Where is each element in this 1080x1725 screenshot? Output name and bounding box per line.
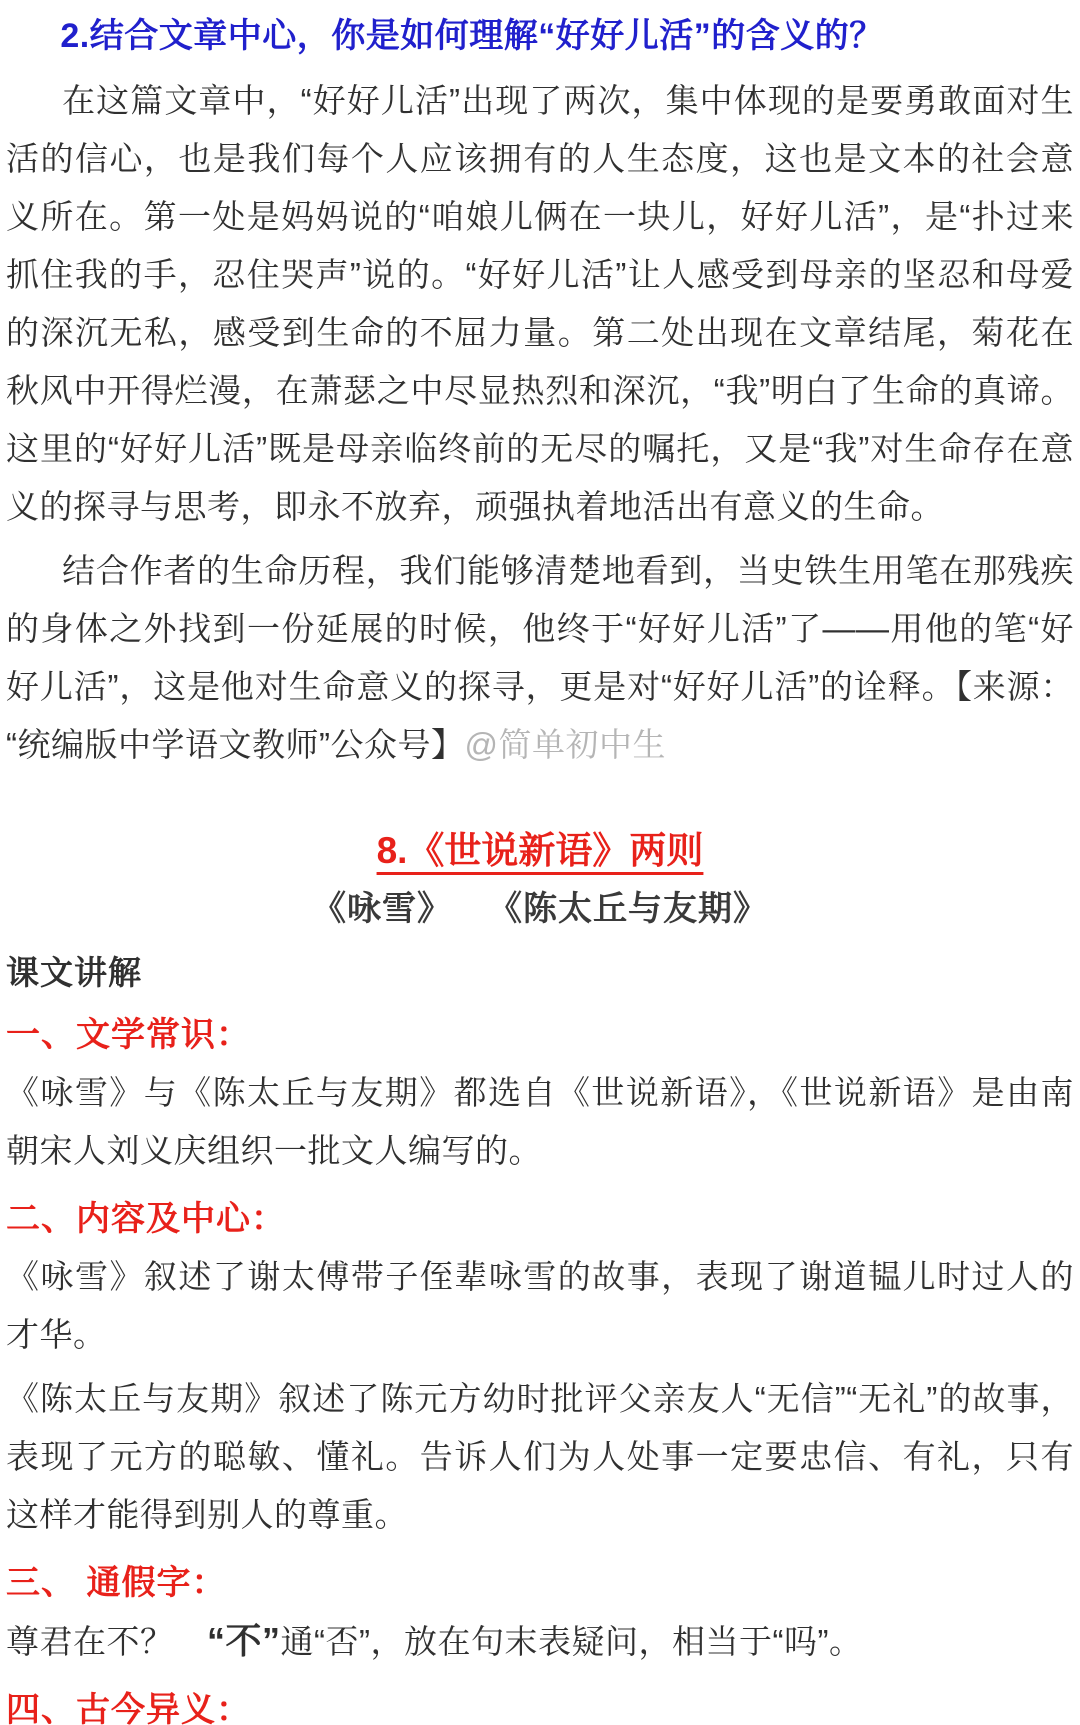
answer-paragraph-1: 在这篇文章中，“好好儿活”出现了两次，集中体现的是要勇敢面对生活的信心，也是我们… [6,72,1074,536]
tongjiazi-explanation: 尊君在不？ “不”通“否”，放在句末表疑问，相当于“吗”。 [6,1612,1074,1671]
literary-knowledge-paragraph: 《咏雪》与《陈太丘与友期》都选自《世说新语》，《世说新语》是由南朝宋人刘义庆组织… [6,1064,1074,1180]
chentaiqiu-summary-paragraph: 《陈太丘与友期》叙述了陈元方幼时批评父亲友人“无信”“无礼”的故事，表现了元方的… [6,1370,1074,1544]
tongjiazi-explanation-run-0: 尊君在不？ [6,1623,207,1660]
tongjiazi-explanation-run-2: 通“否”，放在句末表疑问，相当于“吗”。 [281,1623,863,1660]
lesson-explanation-label: 课文讲解 [6,950,1074,996]
lesson-8-subtitle: 《咏雪》 《陈太丘与友期》 [6,886,1074,932]
answer-paragraph-2-run-1: @简单初中生 [464,726,666,763]
question-2-heading: 2.结合文章中心，你是如何理解“好好儿活”的含义的？ [6,12,1074,60]
section-4-gujin-yiyi-heading: 四、古今异义： [6,1687,1074,1725]
tongjiazi-explanation-run-1: “不” [207,1620,281,1661]
section-2-content-center-heading: 二、内容及中心： [6,1196,1074,1242]
lesson-8-heading: 8.《世说新语》两则 [6,828,1074,874]
document-page: 2.结合文章中心，你是如何理解“好好儿活”的含义的？在这篇文章中，“好好儿活”出… [0,0,1080,1725]
answer-paragraph-2: 结合作者的生命历程，我们能够清楚地看到，当史铁生用笔在那残疾的身体之外找到一份延… [6,542,1074,774]
section-3-tongjiazi-heading: 三、 通假字： [6,1560,1074,1606]
yongxue-summary-paragraph: 《咏雪》叙述了谢太傅带子侄辈咏雪的故事，表现了谢道韫儿时过人的才华。 [6,1248,1074,1364]
section-1-literary-knowledge-heading: 一、文学常识： [6,1012,1074,1058]
